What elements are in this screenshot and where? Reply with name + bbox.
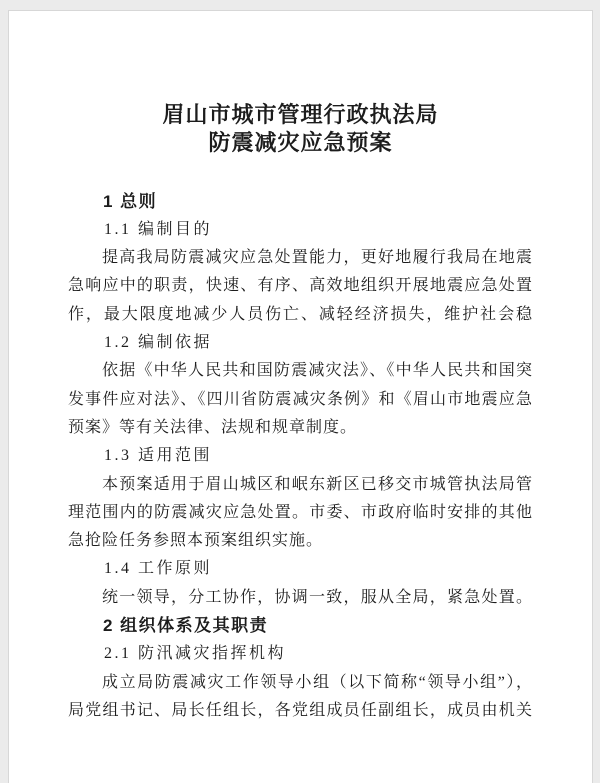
paragraph-line: 局党组书记、局长任组长，各党组成员任副组长，成员由机关各 — [68, 697, 533, 725]
paragraph-1-1: 提高我局防震减灾应急处置能力，更好地履行我局在地震应 急响应中的职责，快速、有序… — [68, 244, 533, 329]
paragraph-1-2: 依据《中华人民共和国防震减灾法》、《中华人民共和国突 发事件应对法》、《四川省防… — [68, 357, 533, 442]
paragraph-line: 统一领导，分工协作，协调一致，服从全局，紧急处置。 — [68, 584, 533, 612]
subsection-heading-1-1: 1.1 编制目的 — [68, 216, 533, 244]
document-page: 眉山市城市管理行政执法局 防震减灾应急预案 1 总则 1.1 编制目的 提高我局… — [8, 10, 593, 783]
paragraph-line: 理范围内的防震减灾应急处置。市委、市政府临时安排的其他应 — [68, 499, 533, 527]
paragraph-line: 作，最大限度地减少人员伤亡、减轻经济损失，维护社会稳定。 — [68, 301, 533, 329]
paragraph-1-4: 统一领导，分工协作，协调一致，服从全局，紧急处置。 — [68, 584, 533, 612]
document-title: 眉山市城市管理行政执法局 防震减灾应急预案 — [68, 101, 533, 158]
paragraph-line: 本预案适用于眉山城区和岷东新区已移交市城管执法局管 — [68, 471, 533, 499]
subsection-heading-1-3: 1.3 适用范围 — [68, 442, 533, 470]
paragraph-line: 急抢险任务参照本预案组织实施。 — [68, 527, 533, 555]
paragraph-line: 依据《中华人民共和国防震减灾法》、《中华人民共和国突 — [68, 357, 533, 385]
paragraph-1-3: 本预案适用于眉山城区和岷东新区已移交市城管执法局管 理范围内的防震减灾应急处置。… — [68, 471, 533, 556]
page-background: { "doc": { "title": { "line1": "眉山市城市管理行… — [0, 0, 600, 783]
subsection-heading-2-1: 2.1 防汛减灾指挥机构 — [68, 640, 533, 668]
subsection-heading-1-2: 1.2 编制依据 — [68, 329, 533, 357]
section-heading-1: 1 总则 — [68, 188, 533, 216]
subsection-heading-1-4: 1.4 工作原则 — [68, 555, 533, 583]
paragraph-line: 急响应中的职责，快速、有序、高效地组织开展地震应急处置工 — [68, 272, 533, 300]
title-line-2: 防震减灾应急预案 — [68, 129, 533, 157]
paragraph-line: 成立局防震减灾工作领导小组（以下简称“领导小组”），由 — [68, 669, 533, 697]
paragraph-line: 预案》等有关法律、法规和规章制度。 — [68, 414, 533, 442]
paragraph-2-1: 成立局防震减灾工作领导小组（以下简称“领导小组”），由 局党组书记、局长任组长，… — [68, 669, 533, 726]
paragraph-line: 发事件应对法》、《四川省防震减灾条例》和《眉山市地震应急 — [68, 386, 533, 414]
title-line-1: 眉山市城市管理行政执法局 — [68, 101, 533, 129]
section-heading-2: 2 组织体系及其职责 — [68, 612, 533, 640]
paragraph-line: 提高我局防震减灾应急处置能力，更好地履行我局在地震应 — [68, 244, 533, 272]
